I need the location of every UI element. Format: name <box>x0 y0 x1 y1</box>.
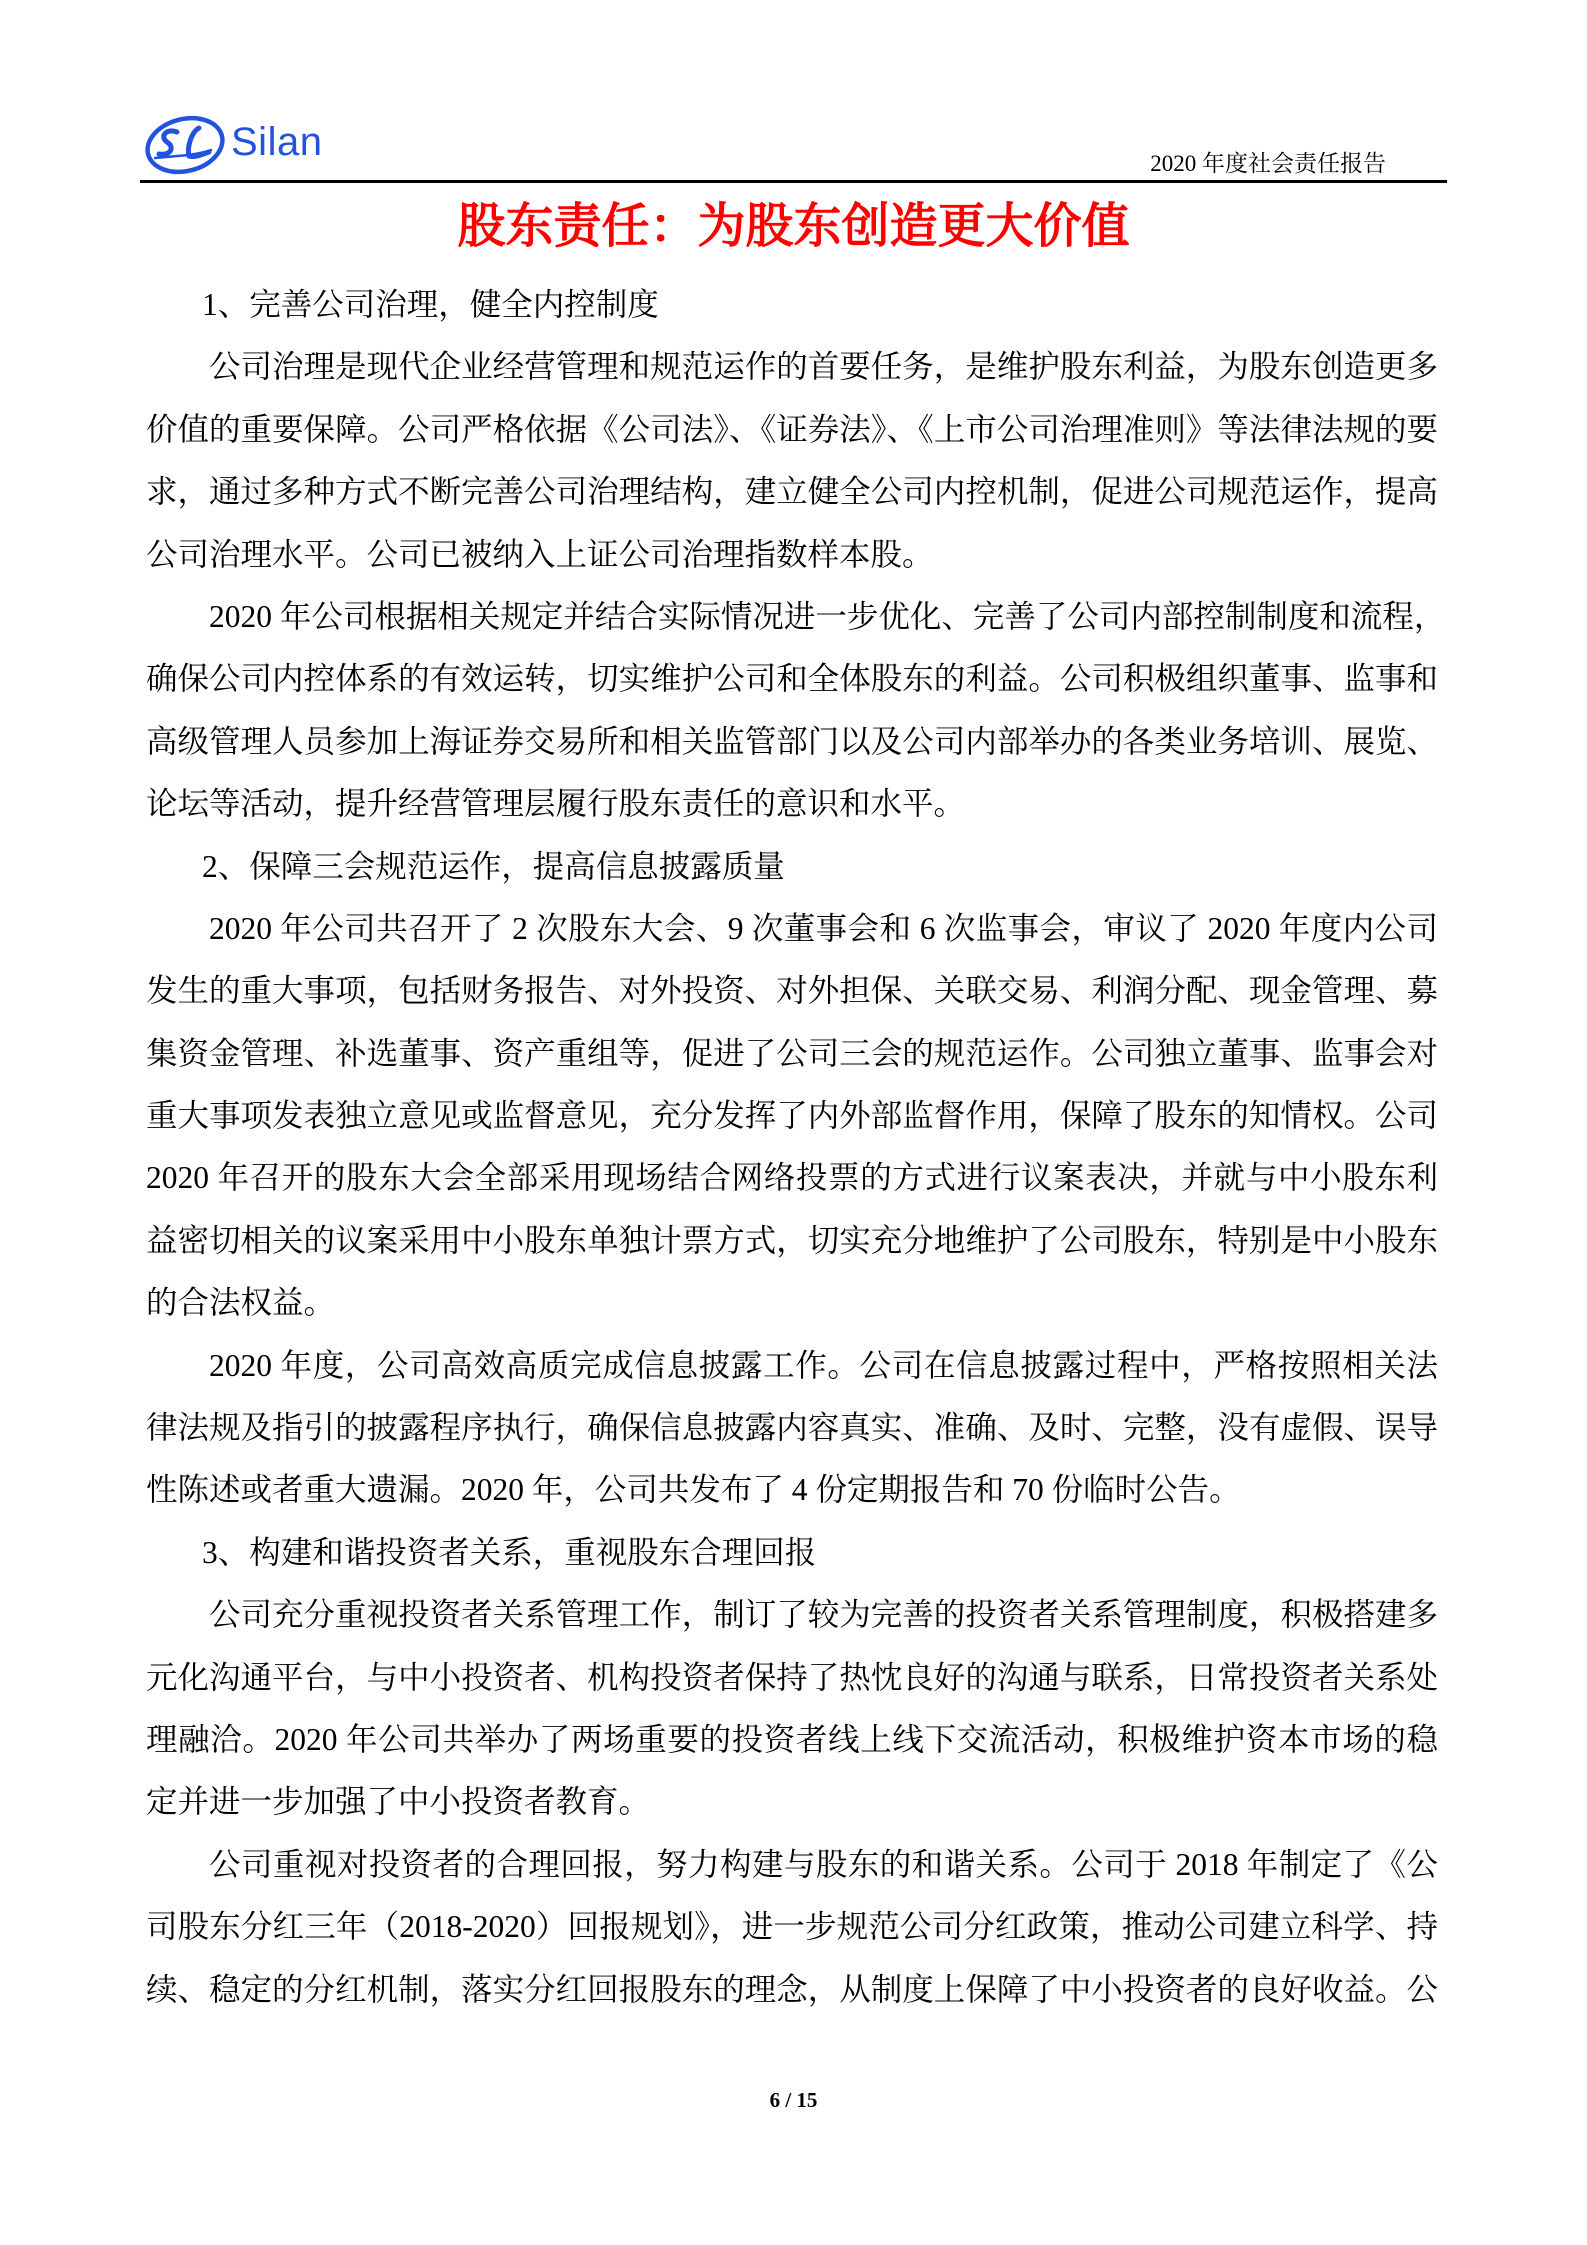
text-line: 公司重视对投资者的合理回报，努力构建与股东的和谐关系。公司于 2018 年制定了… <box>146 1834 1438 1896</box>
text-line: 2020 年召开的股东大会全部采用现场结合网络投票的方式进行议案表决，并就与中小… <box>146 1147 1438 1209</box>
text-line: 2020 年度，公司高效高质完成信息披露工作。公司在信息披露过程中，严格按照相关… <box>146 1335 1438 1397</box>
text-line: 律法规及指引的披露程序执行，确保信息披露内容真实、准确、及时、完整，没有虚假、误… <box>146 1397 1438 1459</box>
text-line: 性陈述或者重大遗漏。2020 年，公司共发布了 4 份定期报告和 70 份临时公… <box>146 1459 1438 1521</box>
text-line: 确保公司内控体系的有效运转，切实维护公司和全体股东的利益。公司积极组织董事、监事… <box>146 648 1438 710</box>
page-title: 股东责任：为股东创造更大价值 <box>0 198 1587 256</box>
document-body: 1、完善公司治理，健全内控制度 公司治理是现代企业经营管理和规范运作的首要任务，… <box>146 274 1438 2021</box>
text-line: 续、稳定的分红机制，落实分红回报股东的理念，从制度上保障了中小投资者的良好收益。… <box>146 1959 1438 2021</box>
text-line: 发生的重大事项，包括财务报告、对外投资、对外担保、关联交易、利润分配、现金管理、… <box>146 960 1438 1022</box>
text-line: 高级管理人员参加上海证券交易所和相关监管部门以及公司内部举办的各类业务培训、展览… <box>146 711 1438 773</box>
paragraph: 公司充分重视投资者关系管理工作，制订了较为完善的投资者关系管理制度，积极搭建多 … <box>146 1584 1438 1834</box>
section-heading: 3、构建和谐投资者关系，重视股东合理回报 <box>146 1522 1438 1584</box>
logo-wordmark: Silan <box>231 118 322 166</box>
text-line: 2020 年公司根据相关规定并结合实际情况进一步优化、完善了公司内部控制制度和流… <box>146 586 1438 648</box>
company-logo: Silan <box>143 114 353 176</box>
text-line: 集资金管理、补选董事、资产重组等，促进了公司三会的规范运作。公司独立董事、监事会… <box>146 1023 1438 1085</box>
paragraph: 2020 年公司根据相关规定并结合实际情况进一步优化、完善了公司内部控制制度和流… <box>146 586 1438 836</box>
section-heading: 2、保障三会规范运作，提高信息披露质量 <box>146 836 1438 898</box>
paragraph: 公司治理是现代企业经营管理和规范运作的首要任务，是维护股东利益，为股东创造更多 … <box>146 336 1438 586</box>
text-line: 元化沟通平台，与中小投资者、机构投资者保持了热忱良好的沟通与联系，日常投资者关系… <box>146 1647 1438 1709</box>
text-line: 司股东分红三年（2018-2020）回报规划》，进一步规范公司分红政策，推动公司… <box>146 1896 1438 1958</box>
text-line: 公司治理水平。公司已被纳入上证公司治理指数样本股。 <box>146 524 1438 586</box>
text-line: 公司充分重视投资者关系管理工作，制订了较为完善的投资者关系管理制度，积极搭建多 <box>146 1584 1438 1646</box>
text-line: 求，通过多种方式不断完善公司治理结构，建立健全公司内控机制，促进公司规范运作，提… <box>146 461 1438 523</box>
text-line: 重大事项发表独立意见或监督意见，充分发挥了内外部监督作用，保障了股东的知情权。公… <box>146 1085 1438 1147</box>
paragraph: 2020 年公司共召开了 2 次股东大会、9 次董事会和 6 次监事会，审议了 … <box>146 898 1438 1335</box>
text-line: 价值的重要保障。公司严格依据《公司法》、《证券法》、《上市公司治理准则》等法律法… <box>146 399 1438 461</box>
page-number: 6 / 15 <box>0 2086 1587 2114</box>
paragraph: 公司重视对投资者的合理回报，努力构建与股东的和谐关系。公司于 2018 年制定了… <box>146 1834 1438 2021</box>
section-heading: 1、完善公司治理，健全内控制度 <box>146 274 1438 336</box>
text-line: 论坛等活动，提升经营管理层履行股东责任的意识和水平。 <box>146 773 1438 835</box>
text-line: 益密切相关的议案采用中小股东单独计票方式，切实充分地维护了公司股东，特别是中小股… <box>146 1210 1438 1272</box>
text-line: 定并进一步加强了中小投资者教育。 <box>146 1771 1438 1833</box>
report-title: 2020 年度社会责任报告 <box>1130 150 1386 178</box>
silan-logo-icon <box>143 114 229 176</box>
text-line: 理融洽。2020 年公司共举办了两场重要的投资者线上线下交流活动，积极维护资本市… <box>146 1709 1438 1771</box>
text-line: 的合法权益。 <box>146 1272 1438 1334</box>
text-line: 公司治理是现代企业经营管理和规范运作的首要任务，是维护股东利益，为股东创造更多 <box>146 336 1438 398</box>
header-divider <box>140 180 1447 183</box>
text-line: 2020 年公司共召开了 2 次股东大会、9 次董事会和 6 次监事会，审议了 … <box>146 898 1438 960</box>
paragraph: 2020 年度，公司高效高质完成信息披露工作。公司在信息披露过程中，严格按照相关… <box>146 1335 1438 1522</box>
